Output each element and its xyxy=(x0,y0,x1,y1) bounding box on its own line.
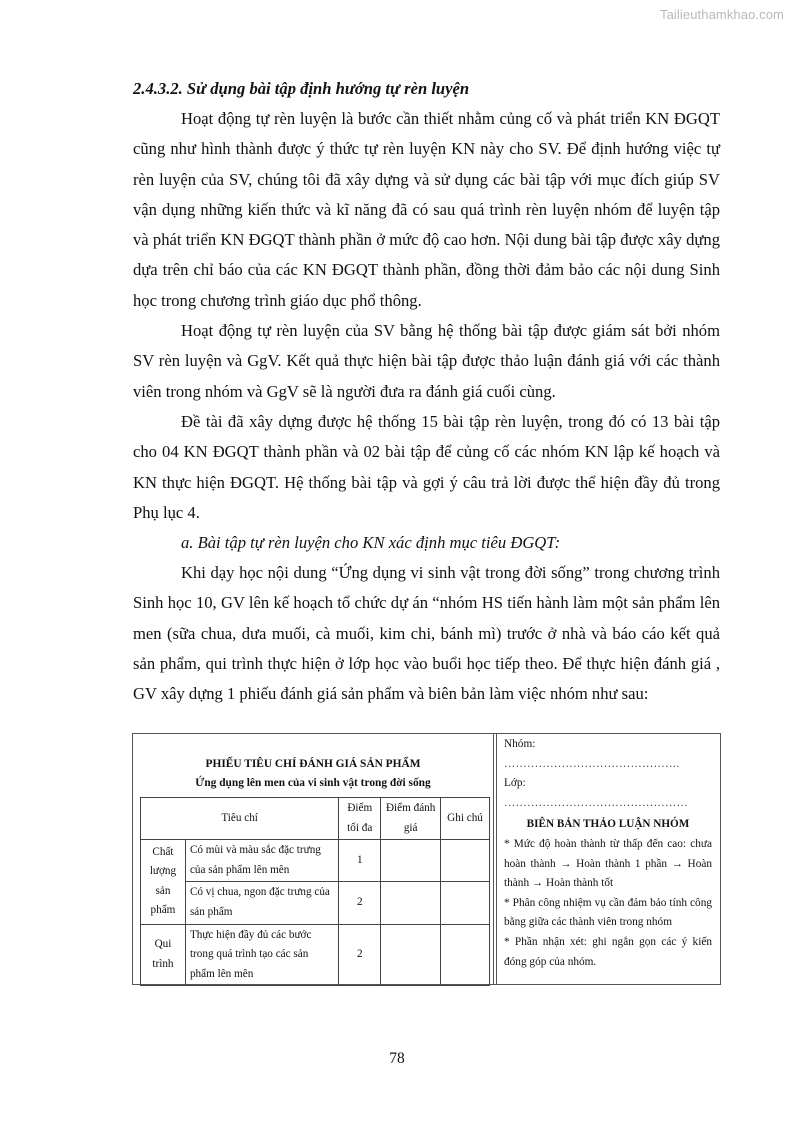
note-cell[interactable] xyxy=(441,840,490,882)
paragraph: Khi dạy học nội dung “Ứng dụng vi sinh v… xyxy=(133,558,720,709)
header-criteria: Tiêu chí xyxy=(141,798,339,840)
max-score: 2 xyxy=(339,882,381,924)
subsection-heading: a. Bài tập tự rèn luyện cho KN xác định … xyxy=(133,528,720,558)
max-score: 1 xyxy=(339,840,381,882)
note-cell[interactable] xyxy=(441,882,490,924)
watermark: Tailieuthamkhao.com xyxy=(660,7,784,22)
paragraph: Đề tài đã xây dựng được hệ thống 15 bài … xyxy=(133,407,720,528)
score-cell[interactable] xyxy=(381,882,441,924)
document-body: 2.4.3.2. Sử dụng bài tập định hướng tự r… xyxy=(133,74,720,710)
header-score: Điểm đánh giá xyxy=(381,798,441,840)
minutes-note: * Phân công nhiệm vụ cần đảm bảo tính cô… xyxy=(504,894,712,933)
group-label: Nhóm: xyxy=(504,735,712,755)
form-subtitle: Ứng dụng lên men của vi sinh vật trong đ… xyxy=(133,774,493,793)
minutes-title: BIÊN BẢN THẢO LUẬN NHÓM xyxy=(504,815,712,835)
minutes-note: * Phần nhận xét: ghi ngắn gọn các ý kiến… xyxy=(504,933,712,972)
score-cell[interactable] xyxy=(381,840,441,882)
header-note: Ghi chú xyxy=(441,798,490,840)
table-header-row: Tiêu chí Điểm tối đa Điểm đánh giá Ghi c… xyxy=(141,798,490,840)
score-cell[interactable] xyxy=(381,924,441,986)
table-row: Chất lượng sản phẩm Có mùi và màu sắc đặ… xyxy=(141,840,490,882)
section-heading: 2.4.3.2. Sử dụng bài tập định hướng tự r… xyxy=(133,74,720,104)
criteria-table: Tiêu chí Điểm tối đa Điểm đánh giá Ghi c… xyxy=(140,797,490,986)
table-row: Có vị chua, ngon đặc trưng của sản phẩm … xyxy=(141,882,490,924)
class-label: Lớp: xyxy=(504,774,712,794)
group-name: Qui trình xyxy=(141,924,186,986)
group-name: Chất lượng sản phẩm xyxy=(141,840,186,924)
form-title: PHIẾU TIÊU CHÍ ĐÁNH GIÁ SẢN PHẨM xyxy=(133,754,493,774)
evaluation-forms-frame: PHIẾU TIÊU CHÍ ĐÁNH GIÁ SẢN PHẨM Ứng dụn… xyxy=(132,733,721,985)
max-score: 2 xyxy=(339,924,381,986)
header-max-score: Điểm tối đa xyxy=(339,798,381,840)
product-criteria-form: PHIẾU TIÊU CHÍ ĐÁNH GIÁ SẢN PHẨM Ứng dụn… xyxy=(133,734,494,984)
minutes-note: * Mức độ hoàn thành từ thấp đến cao: chư… xyxy=(504,835,712,894)
class-field[interactable]: ………………………………………… xyxy=(504,794,712,814)
table-row: Qui trình Thực hiện đầy đủ các bước tron… xyxy=(141,924,490,986)
group-minutes-form: Nhóm: ………………………………………. Lớp: ………………………………… xyxy=(496,734,720,984)
criterion-text: Có mùi và màu sắc đặc trưng của sản phẩm… xyxy=(185,840,338,882)
criterion-text: Có vị chua, ngon đặc trưng của sản phẩm xyxy=(185,882,338,924)
group-field[interactable]: ………………………………………. xyxy=(504,755,712,775)
page-number: 78 xyxy=(0,1050,794,1068)
paragraph: Hoạt động tự rèn luyện là bước cần thiết… xyxy=(133,104,720,316)
criterion-text: Thực hiện đầy đủ các bước trong quá trìn… xyxy=(185,924,338,986)
paragraph: Hoạt động tự rèn luyện của SV bằng hệ th… xyxy=(133,316,720,407)
note-cell[interactable] xyxy=(441,924,490,986)
